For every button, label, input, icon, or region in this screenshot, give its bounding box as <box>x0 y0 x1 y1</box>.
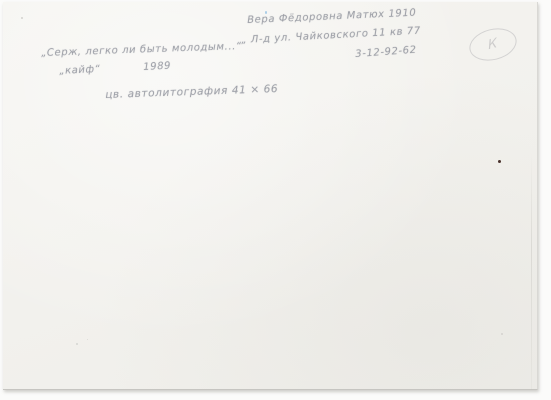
scan-background: Вера Фёдоровна Матюх 1910 „ Л-д ул. Чайк… <box>0 0 551 400</box>
inscription-artist: Вера Фёдоровна Матюх 1910 <box>247 8 417 26</box>
collector-stamp-letter: К <box>488 36 499 53</box>
inscription-year: 1989 <box>143 61 171 73</box>
inscription-address: „ Л-д ул. Чайковского 11 кв 77 <box>241 26 421 46</box>
inscription-subtitle: „кайф“ <box>59 64 101 77</box>
inscription-technique: цв. автолитография 41 × 66 <box>105 83 278 101</box>
paper-speck <box>21 17 23 19</box>
dark-speck <box>498 160 501 163</box>
paper-speck <box>87 339 88 340</box>
paper-speck <box>501 333 503 335</box>
paper-crease <box>531 152 532 390</box>
inscription-title: „Серж, легко ли быть молодым...“ <box>41 41 242 59</box>
inscription-phone: 3-12-92-62 <box>355 45 417 60</box>
paper-speck <box>76 343 78 345</box>
collector-stamp-circle: К <box>466 24 520 66</box>
blue-speck <box>265 11 267 14</box>
paper-sheet: Вера Фёдоровна Матюх 1910 „ Л-д ул. Чайк… <box>3 2 538 390</box>
